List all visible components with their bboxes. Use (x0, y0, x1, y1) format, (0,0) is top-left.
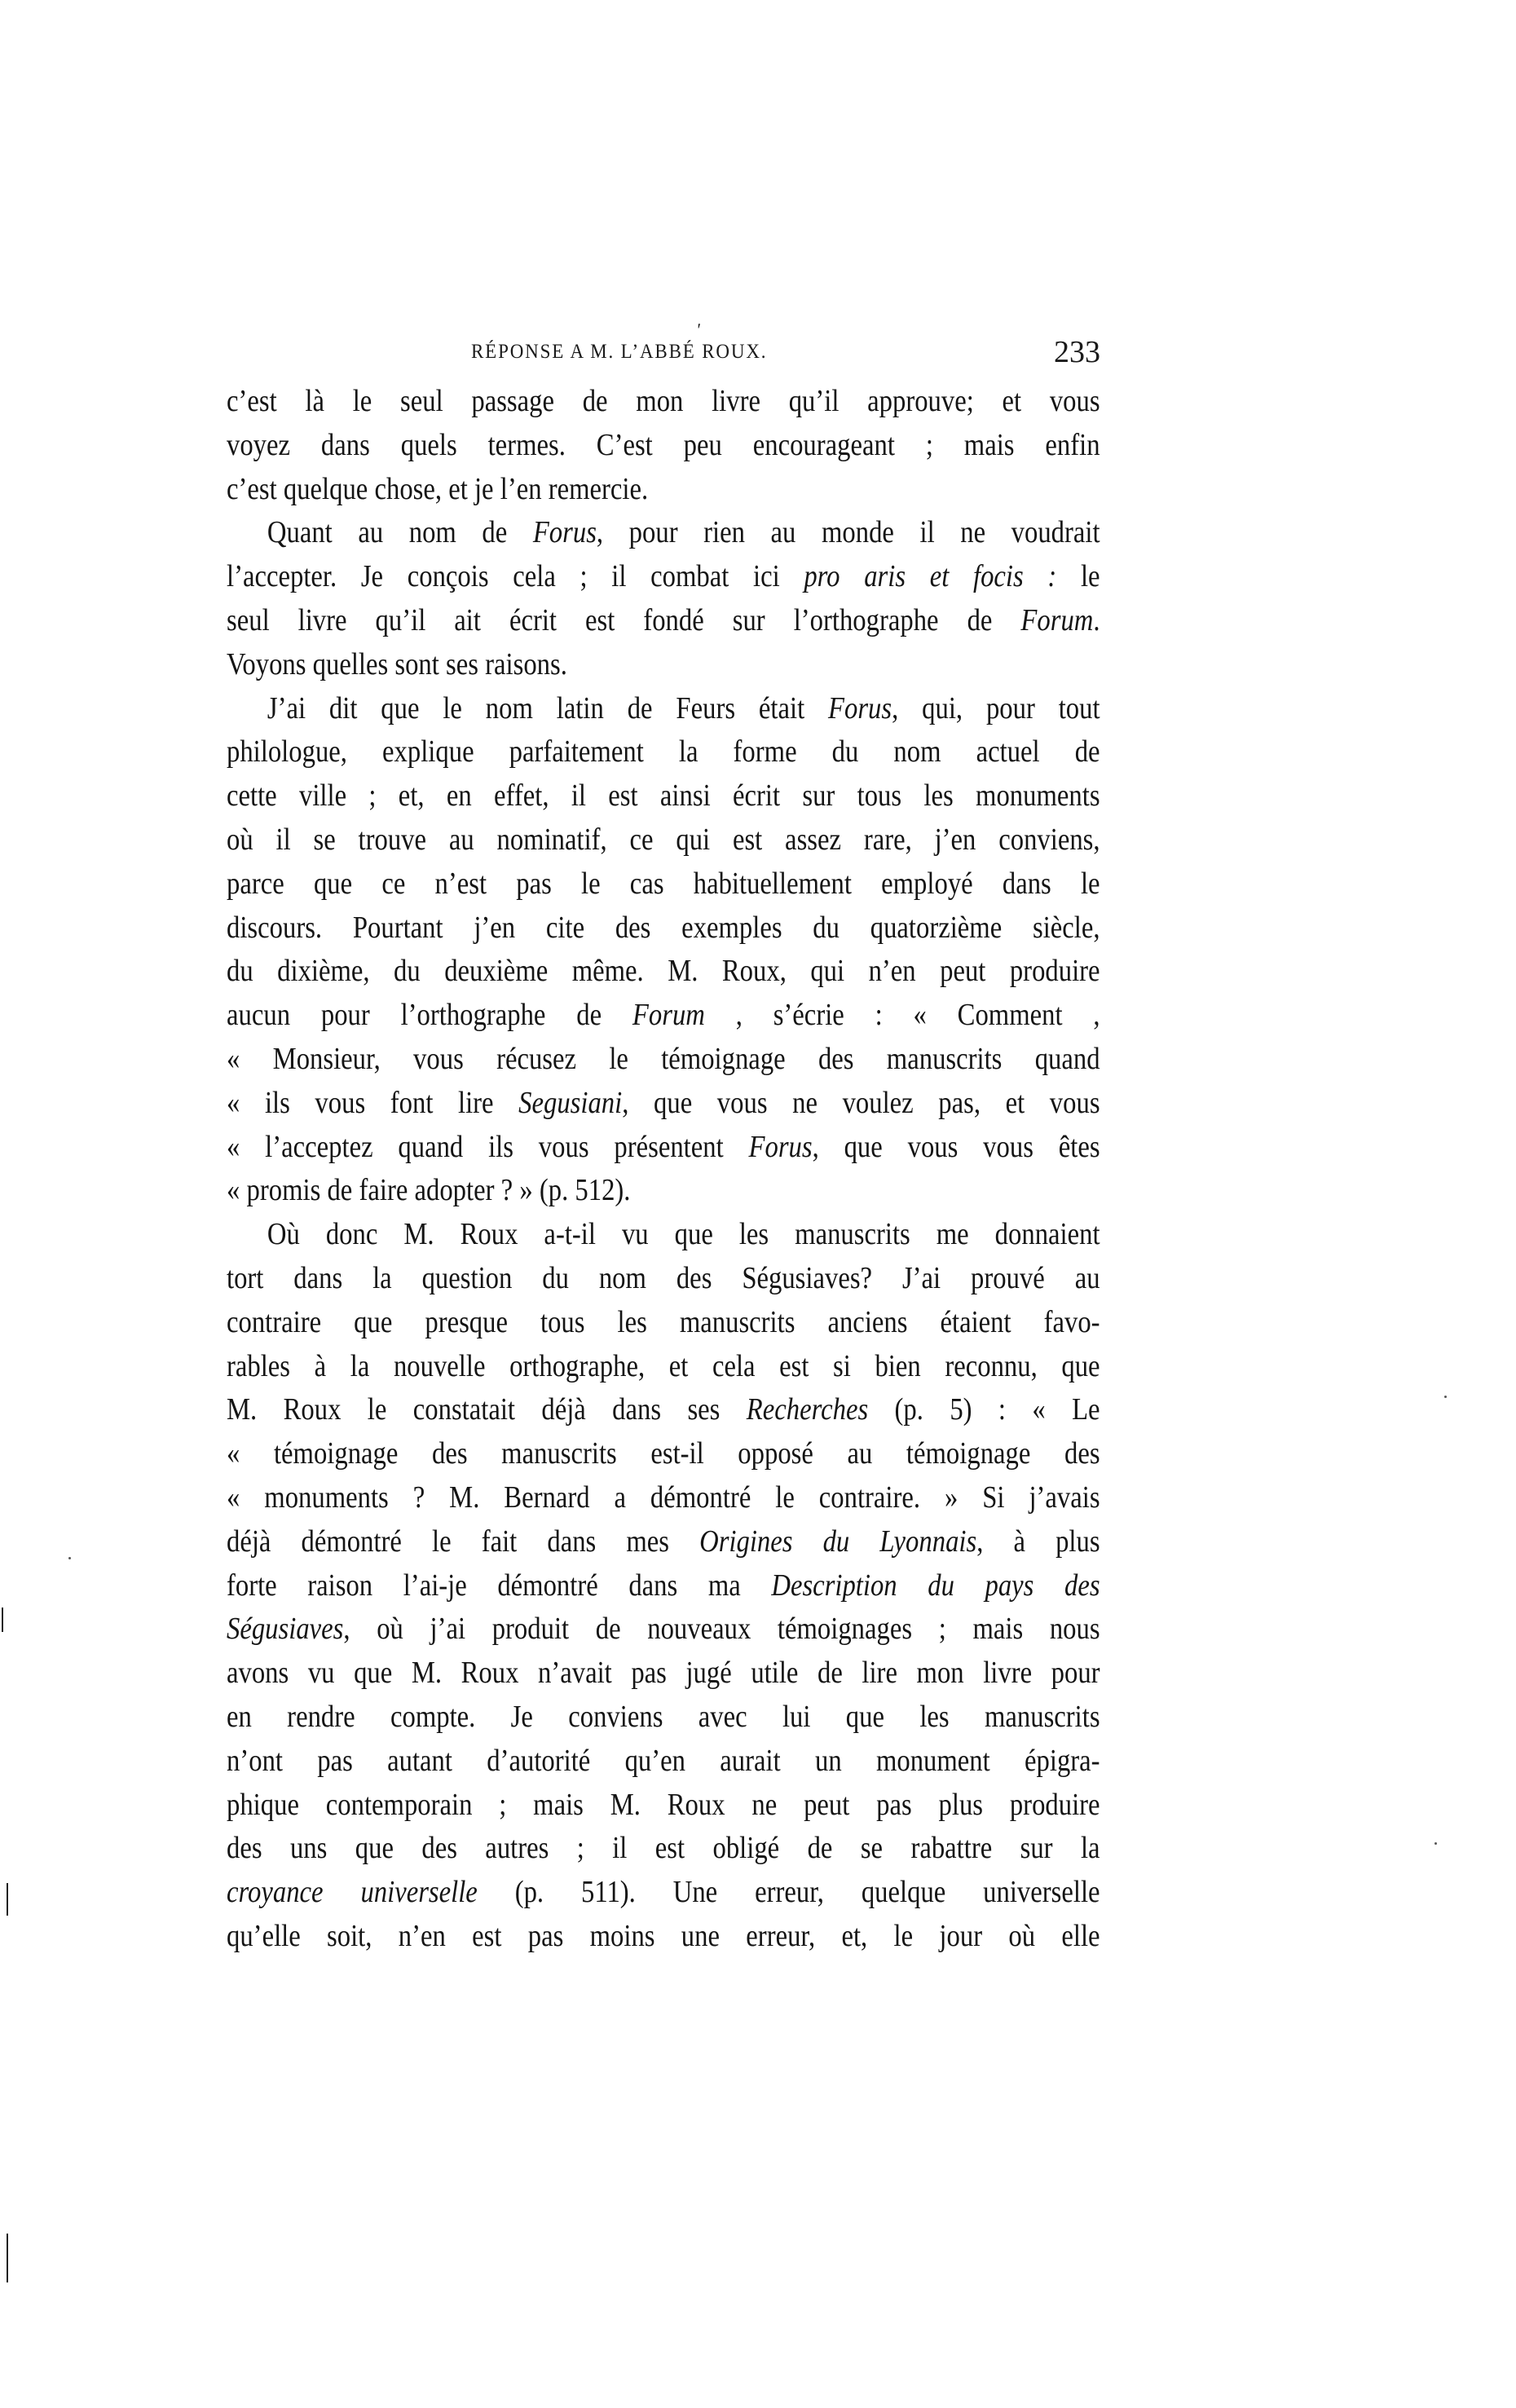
text-segment: (p. 5) : « Le (868, 1392, 1100, 1427)
text-line: des uns que des autres ; il est obligé d… (227, 1827, 1100, 1871)
italic-segment: Description du pays des (771, 1568, 1100, 1603)
text-line: voyez dans quels termes. C’est peu encou… (227, 424, 1100, 468)
scan-artifact-line (7, 1883, 8, 1916)
text-line: Quant au nom de Forus, pour rien au mond… (227, 511, 1100, 555)
text-segment: , s’écrie : « Comment , (705, 998, 1100, 1032)
text-line: parce que ce n’est pas le cas habituelle… (227, 862, 1100, 906)
body-text: c’est là le seul passage de mon livre qu… (227, 380, 1100, 1959)
text-segment: tort dans la question du nom des Ségusia… (227, 1261, 1100, 1295)
text-segment: « témoignage des manuscrits est-il oppos… (227, 1436, 1100, 1471)
scan-artifact-dot (1444, 1396, 1447, 1398)
text-segment: J’ai dit que le nom latin de Feurs était (267, 691, 828, 725)
text-segment: du dixième, du deuxième même. M. Roux, q… (227, 954, 1100, 988)
text-line: « ils vous font lire Segusiani, que vous… (227, 1082, 1100, 1126)
text-line: n’ont pas autant d’autorité qu’en aurait… (227, 1740, 1100, 1784)
text-line: l’accepter. Je conçois cela ; il combat … (227, 555, 1100, 599)
text-segment: parce que ce n’est pas le cas habituelle… (227, 867, 1100, 901)
text-segment: . (1093, 603, 1100, 637)
text-segment: rables à la nouvelle orthographe, et cel… (227, 1349, 1100, 1383)
text-segment: philologue, explique parfaitement la for… (227, 734, 1100, 769)
italic-segment: Forus (828, 691, 892, 725)
running-title: RÉPONSE A M. L’ABBÉ ROUX. (471, 341, 767, 364)
text-segment: contraire que presque tous les manuscrit… (227, 1305, 1100, 1339)
text-line: « témoignage des manuscrits est-il oppos… (227, 1432, 1100, 1476)
text-segment: « ils vous font lire (227, 1086, 518, 1120)
text-segment: aucun pour l’orthographe de (227, 998, 632, 1032)
book-page: ʹ RÉPONSE A M. L’ABBÉ ROUX. 233 c’est là… (0, 0, 1516, 2408)
text-line: contraire que presque tous les manuscrit… (227, 1301, 1100, 1345)
text-segment: , à plus (976, 1524, 1100, 1559)
scan-artifact-line (2, 1608, 3, 1632)
text-segment: « monuments ? M. Bernard a démontré le c… (227, 1480, 1100, 1515)
scan-artifact-dot (1434, 1842, 1437, 1845)
text-segment: cette ville ; et, en effet, il est ainsi… (227, 778, 1100, 813)
text-line: philologue, explique parfaitement la for… (227, 730, 1100, 774)
text-segment: « l’acceptez quand ils vous présentent (227, 1130, 749, 1164)
text-segment: l’accepter. Je conçois cela ; il combat … (227, 559, 804, 593)
text-line: déjà démontré le fait dans mes Origines … (227, 1520, 1100, 1564)
scan-mark: ʹ (696, 320, 700, 341)
italic-segment: Forus (749, 1130, 813, 1164)
text-line: J’ai dit que le nom latin de Feurs était… (227, 687, 1100, 731)
text-line: croyance universelle (p. 511). Une erreu… (227, 1871, 1100, 1915)
text-line: du dixième, du deuxième même. M. Roux, q… (227, 950, 1100, 994)
text-segment: où il se trouve au nominatif, ce qui est… (227, 823, 1100, 857)
text-segment: « Monsieur, vous récusez le témoignage d… (227, 1042, 1100, 1076)
text-segment: forte raison l’ai-je démontré dans ma (227, 1568, 771, 1603)
text-line: « l’acceptez quand ils vous présentent F… (227, 1126, 1100, 1170)
italic-segment: pro aris et focis : (804, 559, 1056, 593)
text-line: forte raison l’ai-je démontré dans ma De… (227, 1564, 1100, 1608)
italic-segment: Ségusiaves (227, 1612, 343, 1646)
text-segment: , que vous ne voulez pas, et vous (622, 1086, 1100, 1120)
text-line: « monuments ? M. Bernard a démontré le c… (227, 1476, 1100, 1520)
text-line: tort dans la question du nom des Ségusia… (227, 1257, 1100, 1301)
italic-segment: Forus (533, 515, 597, 549)
text-line: cette ville ; et, en effet, il est ainsi… (227, 774, 1100, 818)
scan-artifact-dot (68, 1557, 71, 1559)
text-segment: voyez dans quels termes. C’est peu encou… (227, 428, 1100, 462)
text-line: discours. Pourtant j’en cite des exemple… (227, 906, 1100, 950)
text-line: « promis de faire adopter ? » (p. 512). (227, 1169, 1100, 1213)
text-line: Où donc M. Roux a-t-il vu que les manusc… (227, 1213, 1100, 1257)
text-segment: seul livre qu’il ait écrit est fondé sur… (227, 603, 1020, 637)
italic-segment: Origines du Lyonnais (699, 1524, 976, 1559)
text-line: seul livre qu’il ait écrit est fondé sur… (227, 599, 1100, 643)
italic-segment: croyance universelle (227, 1875, 478, 1909)
text-segment: Voyons quelles sont ses raisons. (227, 647, 567, 681)
text-segment: , où j’ai produit de nouveaux témoignage… (343, 1612, 1100, 1646)
text-segment: Où donc M. Roux a-t-il vu que les manusc… (267, 1217, 1100, 1251)
text-segment: phique contemporain ; mais M. Roux ne pe… (227, 1788, 1100, 1822)
text-segment: n’ont pas autant d’autorité qu’en aurait… (227, 1744, 1100, 1778)
italic-segment: Segusiani (518, 1086, 622, 1120)
text-line: rables à la nouvelle orthographe, et cel… (227, 1345, 1100, 1389)
text-line: où il se trouve au nominatif, ce qui est… (227, 818, 1100, 862)
italic-segment: Forum (1020, 603, 1093, 637)
text-segment: en rendre compte. Je conviens avec lui q… (227, 1700, 1100, 1734)
text-segment: « promis de faire adopter ? » (p. 512). (227, 1173, 630, 1207)
text-segment: Quant au nom de (267, 515, 533, 549)
text-line: M. Roux le constatait déjà dans ses Rech… (227, 1388, 1100, 1432)
italic-segment: Recherches (747, 1392, 868, 1427)
text-segment: M. Roux le constatait déjà dans ses (227, 1392, 747, 1427)
scan-artifact-line (7, 2234, 8, 2282)
text-line: Ségusiaves, où j’ai produit de nouveaux … (227, 1608, 1100, 1652)
text-line: en rendre compte. Je conviens avec lui q… (227, 1696, 1100, 1740)
text-line: qu’elle soit, n’en est pas moins une err… (227, 1915, 1100, 1959)
text-segment: déjà démontré le fait dans mes (227, 1524, 699, 1559)
text-segment: , que vous vous êtes (813, 1130, 1100, 1164)
text-segment: discours. Pourtant j’en cite des exemple… (227, 911, 1100, 945)
text-segment: avons vu que M. Roux n’avait pas jugé ut… (227, 1656, 1100, 1690)
text-line: avons vu que M. Roux n’avait pas jugé ut… (227, 1652, 1100, 1696)
running-header: ʹ RÉPONSE A M. L’ABBÉ ROUX. 233 (227, 333, 1100, 373)
text-line: aucun pour l’orthographe de Forum , s’éc… (227, 994, 1100, 1038)
text-segment: c’est quelque chose, et je l’en remercie… (227, 472, 648, 506)
text-segment: le (1056, 559, 1100, 593)
text-segment: c’est là le seul passage de mon livre qu… (227, 384, 1100, 418)
text-segment: (p. 511). Une erreur, quelque universell… (478, 1875, 1100, 1909)
text-segment: , pour rien au monde il ne voudrait (597, 515, 1100, 549)
text-line: phique contemporain ; mais M. Roux ne pe… (227, 1784, 1100, 1828)
text-segment: des uns que des autres ; il est obligé d… (227, 1831, 1100, 1865)
italic-segment: Forum (632, 998, 705, 1032)
text-line: c’est quelque chose, et je l’en remercie… (227, 468, 1100, 512)
text-line: c’est là le seul passage de mon livre qu… (227, 380, 1100, 424)
text-line: Voyons quelles sont ses raisons. (227, 643, 1100, 687)
text-segment: qu’elle soit, n’en est pas moins une err… (227, 1919, 1100, 1953)
text-line: « Monsieur, vous récusez le témoignage d… (227, 1038, 1100, 1082)
page-number: 233 (1054, 334, 1100, 370)
text-segment: , qui, pour tout (892, 691, 1100, 725)
